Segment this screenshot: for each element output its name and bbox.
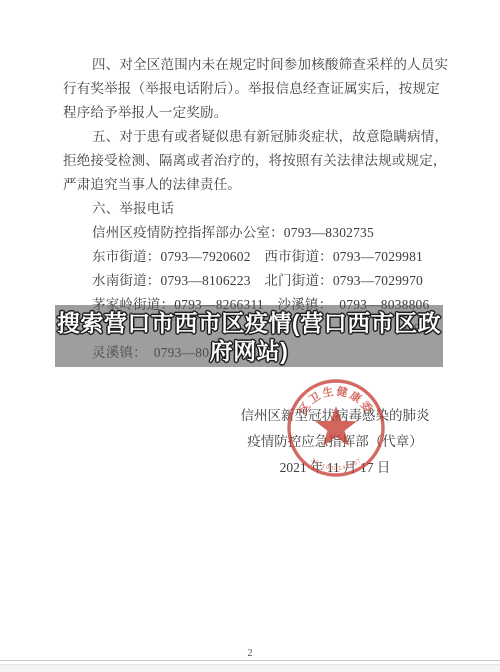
notice-line-hotline: 东市街道：0793—7920602 西市街道：0793—7029981 bbox=[63, 245, 443, 269]
notice-line: 五、对于患有或者疑似患有新冠肺炎症状，故意隐瞒病情， bbox=[63, 125, 443, 149]
official-seal-stamp: 信州区卫生健康委员会 3611000146667 bbox=[265, 358, 407, 500]
banner-title-line2: 府网站) bbox=[55, 337, 443, 365]
seal-star-icon bbox=[315, 406, 357, 446]
notice-line: 拒绝接受检测、隔离或者治疗的，将按照有关法律法规或规定， bbox=[63, 149, 443, 173]
banner-title-line1: 搜索营口市西市区疫情(营口西市区政 bbox=[55, 309, 443, 337]
page-number: 2 bbox=[0, 648, 500, 659]
footer-divider bbox=[0, 660, 500, 661]
notice-line-section-title: 六、举报电话 bbox=[63, 197, 443, 221]
notice-line: 程序给予举报人一定奖励。 bbox=[63, 101, 443, 125]
notice-line: 严肃追究当事人的法律责任。 bbox=[63, 173, 443, 197]
notice-line-hotline: 信州区疫情防控指挥部办公室：0793—8302735 bbox=[63, 221, 443, 245]
notice-line: 行有奖举报（举报电话附后）。举报信息经查证属实后，按规定 bbox=[63, 77, 443, 101]
notice-line-hotline: 水南街道：0793—8106223 北门街道：0793—7029970 bbox=[63, 269, 443, 293]
scanned-notice-page: 四、对全区范围内未在规定时间参加核酸筛查采样的人员实 行有奖举报（举报电话附后）… bbox=[0, 0, 500, 672]
notice-line: 四、对全区范围内未在规定时间参加核酸筛查采样的人员实 bbox=[63, 53, 443, 77]
footer-strip bbox=[0, 664, 500, 672]
search-overlay-banner: 搜索营口市西市区疫情(营口西市区政 府网站) bbox=[55, 305, 443, 367]
